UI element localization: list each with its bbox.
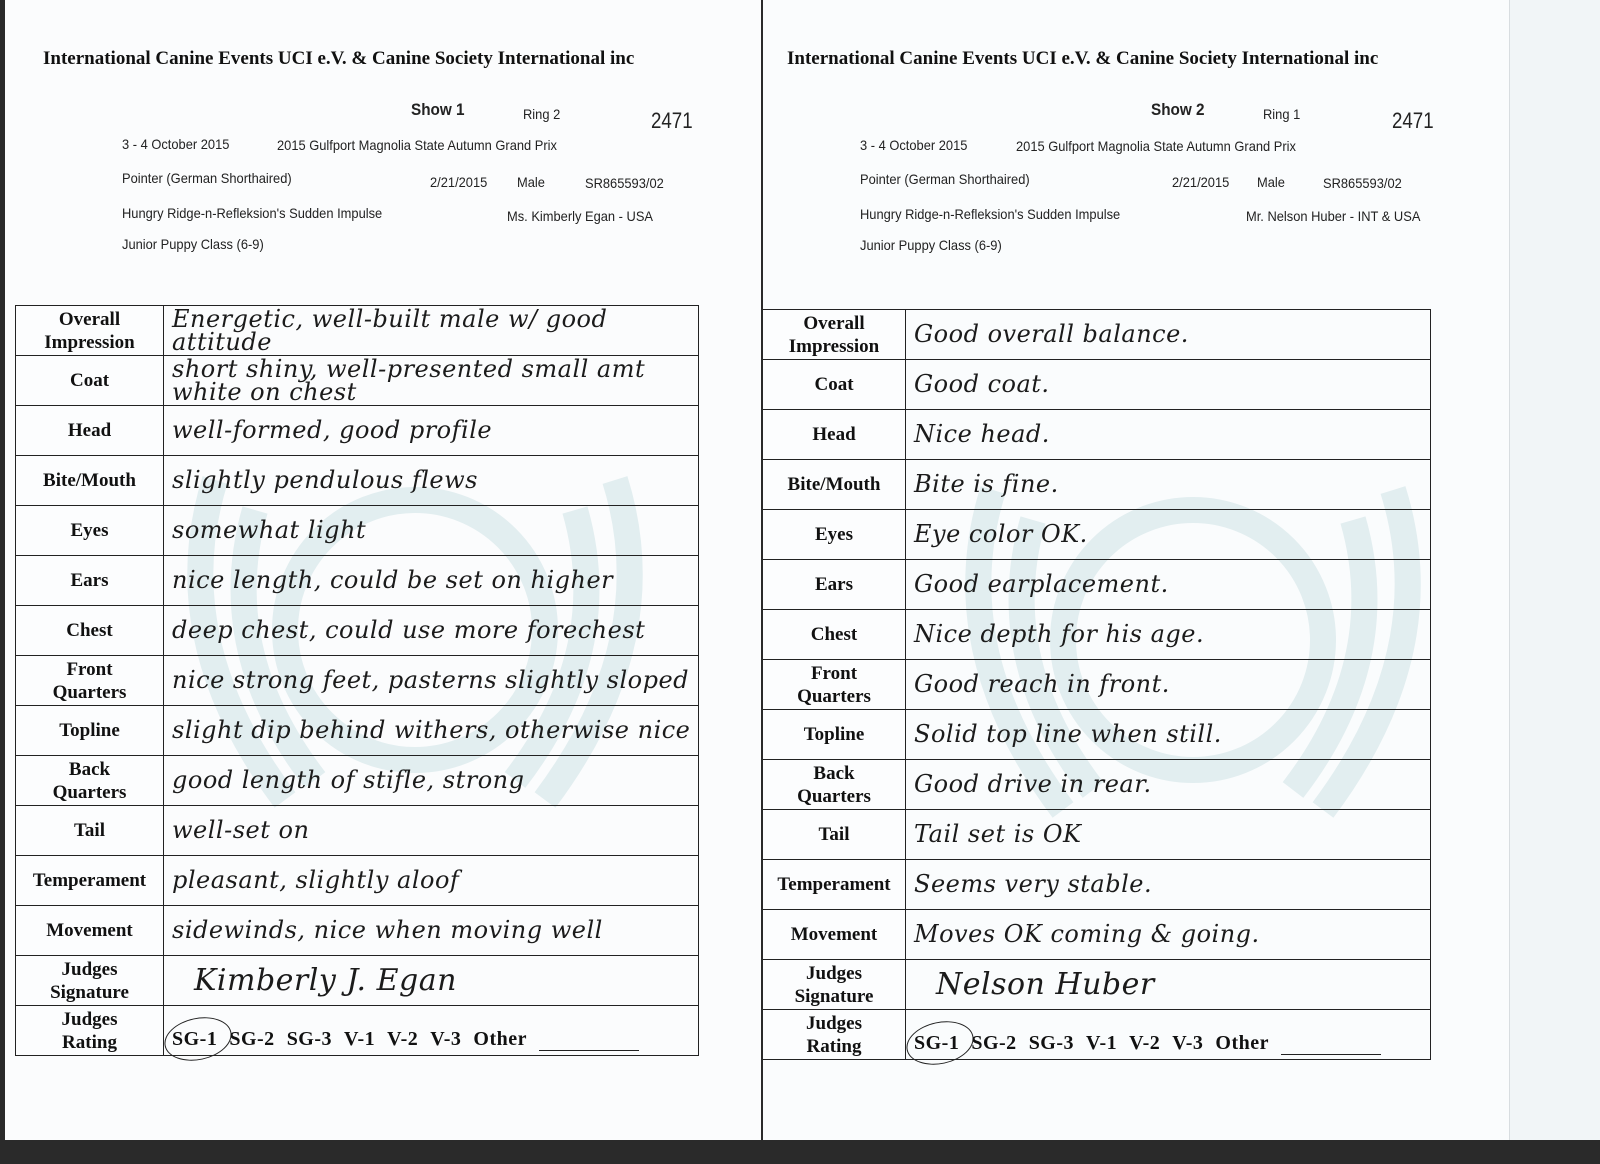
criterion-label: FrontQuarters <box>16 656 164 706</box>
event-name: 2015 Gulfport Magnolia State Autumn Gran… <box>1016 138 1296 154</box>
criterion-label-line: Quarters <box>53 782 127 803</box>
judge-signature: Nelson Huber <box>906 960 1431 1010</box>
criterion-label-line: Overall <box>803 313 864 334</box>
criterion-label-line: Impression <box>789 336 879 357</box>
critique-row: Tailwell-set on <box>16 806 699 856</box>
criterion-label: Bite/Mouth <box>763 460 906 510</box>
critique-row: FrontQuartersnice strong feet, pasterns … <box>16 656 699 706</box>
other-rating-blank[interactable] <box>1281 1036 1381 1055</box>
critique-sheet-show-1: International Canine Events UCI e.V. & C… <box>5 0 761 1140</box>
rating-option[interactable]: V-2 <box>387 1028 418 1051</box>
criterion-label-line: Judges <box>62 1009 118 1030</box>
critique-row: JudgesRatingSG-1SG-2SG-3V-1V-2V-3Other <box>16 1006 699 1056</box>
critique-row: Chestdeep chest, could use more foreches… <box>16 606 699 656</box>
criterion-label: Temperament <box>16 856 164 906</box>
judge-name: Ms. Kimberly Egan - USA <box>507 208 653 224</box>
page-edge <box>1509 0 1600 1140</box>
critique-comment: Good reach in front. <box>906 660 1431 710</box>
critique-comment: Moves OK coming & going. <box>906 910 1431 960</box>
critique-table: OverallImpressionGood overall balance.Co… <box>763 309 1431 1060</box>
criterion-label: Ears <box>763 560 906 610</box>
criterion-label: BackQuarters <box>763 760 906 810</box>
criterion-label: Movement <box>16 906 164 956</box>
critique-comment: Good overall balance. <box>906 310 1431 360</box>
criterion-label: FrontQuarters <box>763 660 906 710</box>
critique-comment: Nice depth for his age. <box>906 610 1431 660</box>
date-of-birth: 2/21/2015 <box>1172 174 1229 190</box>
critique-comment: Nice head. <box>906 410 1431 460</box>
criterion-label: JudgesSignature <box>763 960 906 1010</box>
criterion-label-line: Back <box>69 759 110 780</box>
criterion-label: JudgesRating <box>763 1010 906 1060</box>
rating-option[interactable]: V-3 <box>430 1028 461 1051</box>
criterion-label: BackQuarters <box>16 756 164 806</box>
breed: Pointer (German Shorthaired) <box>860 171 1030 187</box>
criterion-label: JudgesSignature <box>16 956 164 1006</box>
registration-number: SR865593/02 <box>585 175 664 191</box>
critique-row: JudgesSignatureNelson Huber <box>763 960 1431 1010</box>
critique-row: OverallImpressionEnergetic, well-built m… <box>16 306 699 356</box>
class-name: Junior Puppy Class (6-9) <box>860 237 1002 253</box>
critique-row: JudgesSignatureKimberly J. Egan <box>16 956 699 1006</box>
show-dates: 3 - 4 October 2015 <box>860 137 967 153</box>
judge-name: Mr. Nelson Huber - INT & USA <box>1246 208 1420 224</box>
other-rating-blank[interactable] <box>539 1032 639 1051</box>
critique-comment: Good drive in rear. <box>906 760 1431 810</box>
critique-row: Eyessomewhat light <box>16 506 699 556</box>
critique-comment: short shiny, well-presented small amt wh… <box>164 356 699 406</box>
criterion-label: Temperament <box>763 860 906 910</box>
show-number: Show 1 <box>411 100 465 120</box>
criterion-label: Topline <box>763 710 906 760</box>
critique-comment: somewhat light <box>164 506 699 556</box>
critique-sheet-show-2: International Canine Events UCI e.V. & C… <box>763 0 1600 1140</box>
rating-option[interactable]: Other <box>473 1028 527 1051</box>
critique-row: Bite/Mouthslightly pendulous flews <box>16 456 699 506</box>
rating-option[interactable]: SG-2 <box>229 1028 274 1051</box>
dog-name: Hungry Ridge-n-Refleksion's Sudden Impul… <box>122 205 382 221</box>
sex: Male <box>1257 174 1285 190</box>
criterion-label-line: Quarters <box>797 786 871 807</box>
critique-row: Headwell-formed, good profile <box>16 406 699 456</box>
critique-row: BackQuartersGood drive in rear. <box>763 760 1431 810</box>
critique-comment: well-set on <box>164 806 699 856</box>
dog-name: Hungry Ridge-n-Refleksion's Sudden Impul… <box>860 206 1120 222</box>
critique-row: Toplineslight dip behind withers, otherw… <box>16 706 699 756</box>
criterion-label-line: Rating <box>807 1036 862 1057</box>
criterion-label: Tail <box>763 810 906 860</box>
criterion-label-line: Front <box>811 663 857 684</box>
critique-comment: Bite is fine. <box>906 460 1431 510</box>
ring-number: Ring 2 <box>523 106 560 122</box>
critique-comment: Seems very stable. <box>906 860 1431 910</box>
date-of-birth: 2/21/2015 <box>430 174 487 190</box>
critique-comment: Eye color OK. <box>906 510 1431 560</box>
registration-number: SR865593/02 <box>1323 175 1402 191</box>
criterion-label: Bite/Mouth <box>16 456 164 506</box>
rating-option[interactable]: SG-1 <box>914 1032 959 1055</box>
org-title: International Canine Events UCI e.V. & C… <box>43 48 634 70</box>
critique-row: FrontQuartersGood reach in front. <box>763 660 1431 710</box>
critique-row: TailTail set is OK <box>763 810 1431 860</box>
event-name: 2015 Gulfport Magnolia State Autumn Gran… <box>277 137 557 153</box>
criterion-label-line: Quarters <box>53 682 127 703</box>
critique-row: Coatshort shiny, well-presented small am… <box>16 356 699 406</box>
criterion-label: Coat <box>16 356 164 406</box>
rating-option[interactable]: SG-3 <box>287 1028 332 1051</box>
critique-row: ToplineSolid top line when still. <box>763 710 1431 760</box>
critique-row: BackQuartersgood length of stifle, stron… <box>16 756 699 806</box>
critique-row: JudgesRatingSG-1SG-2SG-3V-1V-2V-3Other <box>763 1010 1431 1060</box>
entry-number: 2471 <box>1392 108 1434 134</box>
criterion-label-line: Back <box>813 763 854 784</box>
critique-row: Temperamentpleasant, slightly aloof <box>16 856 699 906</box>
critique-comment: deep chest, could use more forechest <box>164 606 699 656</box>
criterion-label-line: Judges <box>806 963 862 984</box>
criterion-label: Chest <box>16 606 164 656</box>
critique-comment: Good coat. <box>906 360 1431 410</box>
critique-comment: Energetic, well-built male w/ good attit… <box>164 306 699 356</box>
entry-number: 2471 <box>651 108 693 134</box>
rating-option[interactable]: SG-2 <box>971 1032 1016 1055</box>
critique-row: Earsnice length, could be set on higher <box>16 556 699 606</box>
judge-signature: Kimberly J. Egan <box>164 956 699 1006</box>
critique-comment: sidewinds, nice when moving well <box>164 906 699 956</box>
critique-comment: nice strong feet, pasterns slightly slop… <box>164 656 699 706</box>
criterion-label-line: Signature <box>50 982 129 1003</box>
criterion-label: Head <box>16 406 164 456</box>
critique-row: CoatGood coat. <box>763 360 1431 410</box>
critique-row: Bite/MouthBite is fine. <box>763 460 1431 510</box>
class-name: Junior Puppy Class (6-9) <box>122 236 264 252</box>
critique-table: OverallImpressionEnergetic, well-built m… <box>15 305 699 1056</box>
criterion-label: Coat <box>763 360 906 410</box>
org-title: International Canine Events UCI e.V. & C… <box>787 48 1378 70</box>
criterion-label-line: Judges <box>806 1013 862 1034</box>
rating-option[interactable]: Other <box>1215 1032 1269 1055</box>
critique-comment: good length of stifle, strong <box>164 756 699 806</box>
critique-comment: Good earplacement. <box>906 560 1431 610</box>
criterion-label: Ears <box>16 556 164 606</box>
criterion-label: OverallImpression <box>16 306 164 356</box>
criterion-label-line: Judges <box>62 959 118 980</box>
critique-comment: Solid top line when still. <box>906 710 1431 760</box>
criterion-label-line: Impression <box>44 332 134 353</box>
criterion-label: OverallImpression <box>763 310 906 360</box>
rating-option[interactable]: SG-1 <box>172 1028 217 1051</box>
rating-option[interactable]: SG-3 <box>1029 1032 1074 1055</box>
criterion-label-line: Front <box>66 659 112 680</box>
criterion-label: Chest <box>763 610 906 660</box>
criterion-label-line: Overall <box>59 309 120 330</box>
ring-number: Ring 1 <box>1263 106 1300 122</box>
criterion-label: JudgesRating <box>16 1006 164 1056</box>
critique-comment: pleasant, slightly aloof <box>164 856 699 906</box>
criterion-label-line: Signature <box>795 986 874 1007</box>
critique-comment: slight dip behind withers, otherwise nic… <box>164 706 699 756</box>
critique-row: HeadNice head. <box>763 410 1431 460</box>
criterion-label: Head <box>763 410 906 460</box>
rating-options: SG-1SG-2SG-3V-1V-2V-3Other <box>164 1006 699 1056</box>
critique-comment: Tail set is OK <box>906 810 1431 860</box>
criterion-label: Movement <box>763 910 906 960</box>
critique-row: MovementMoves OK coming & going. <box>763 910 1431 960</box>
critique-row: EyesEye color OK. <box>763 510 1431 560</box>
criterion-label-line: Rating <box>62 1032 117 1053</box>
show-dates: 3 - 4 October 2015 <box>122 136 229 152</box>
critique-row: Movementsidewinds, nice when moving well <box>16 906 699 956</box>
sex: Male <box>517 174 545 190</box>
breed: Pointer (German Shorthaired) <box>122 170 292 186</box>
critique-comment: nice length, could be set on higher <box>164 556 699 606</box>
critique-comment: well-formed, good profile <box>164 406 699 456</box>
critique-row: ChestNice depth for his age. <box>763 610 1431 660</box>
criterion-label: Tail <box>16 806 164 856</box>
rating-options: SG-1SG-2SG-3V-1V-2V-3Other <box>906 1010 1431 1060</box>
critique-row: EarsGood earplacement. <box>763 560 1431 610</box>
criterion-label: Eyes <box>763 510 906 560</box>
criterion-label: Eyes <box>16 506 164 556</box>
critique-row: TemperamentSeems very stable. <box>763 860 1431 910</box>
show-number: Show 2 <box>1151 100 1205 120</box>
rating-option[interactable]: V-1 <box>1086 1032 1117 1055</box>
rating-option[interactable]: V-2 <box>1129 1032 1160 1055</box>
critique-comment: slightly pendulous flews <box>164 456 699 506</box>
rating-option[interactable]: V-1 <box>344 1028 375 1051</box>
criterion-label-line: Quarters <box>797 686 871 707</box>
critique-row: OverallImpressionGood overall balance. <box>763 310 1431 360</box>
criterion-label: Topline <box>16 706 164 756</box>
rating-option[interactable]: V-3 <box>1172 1032 1203 1055</box>
